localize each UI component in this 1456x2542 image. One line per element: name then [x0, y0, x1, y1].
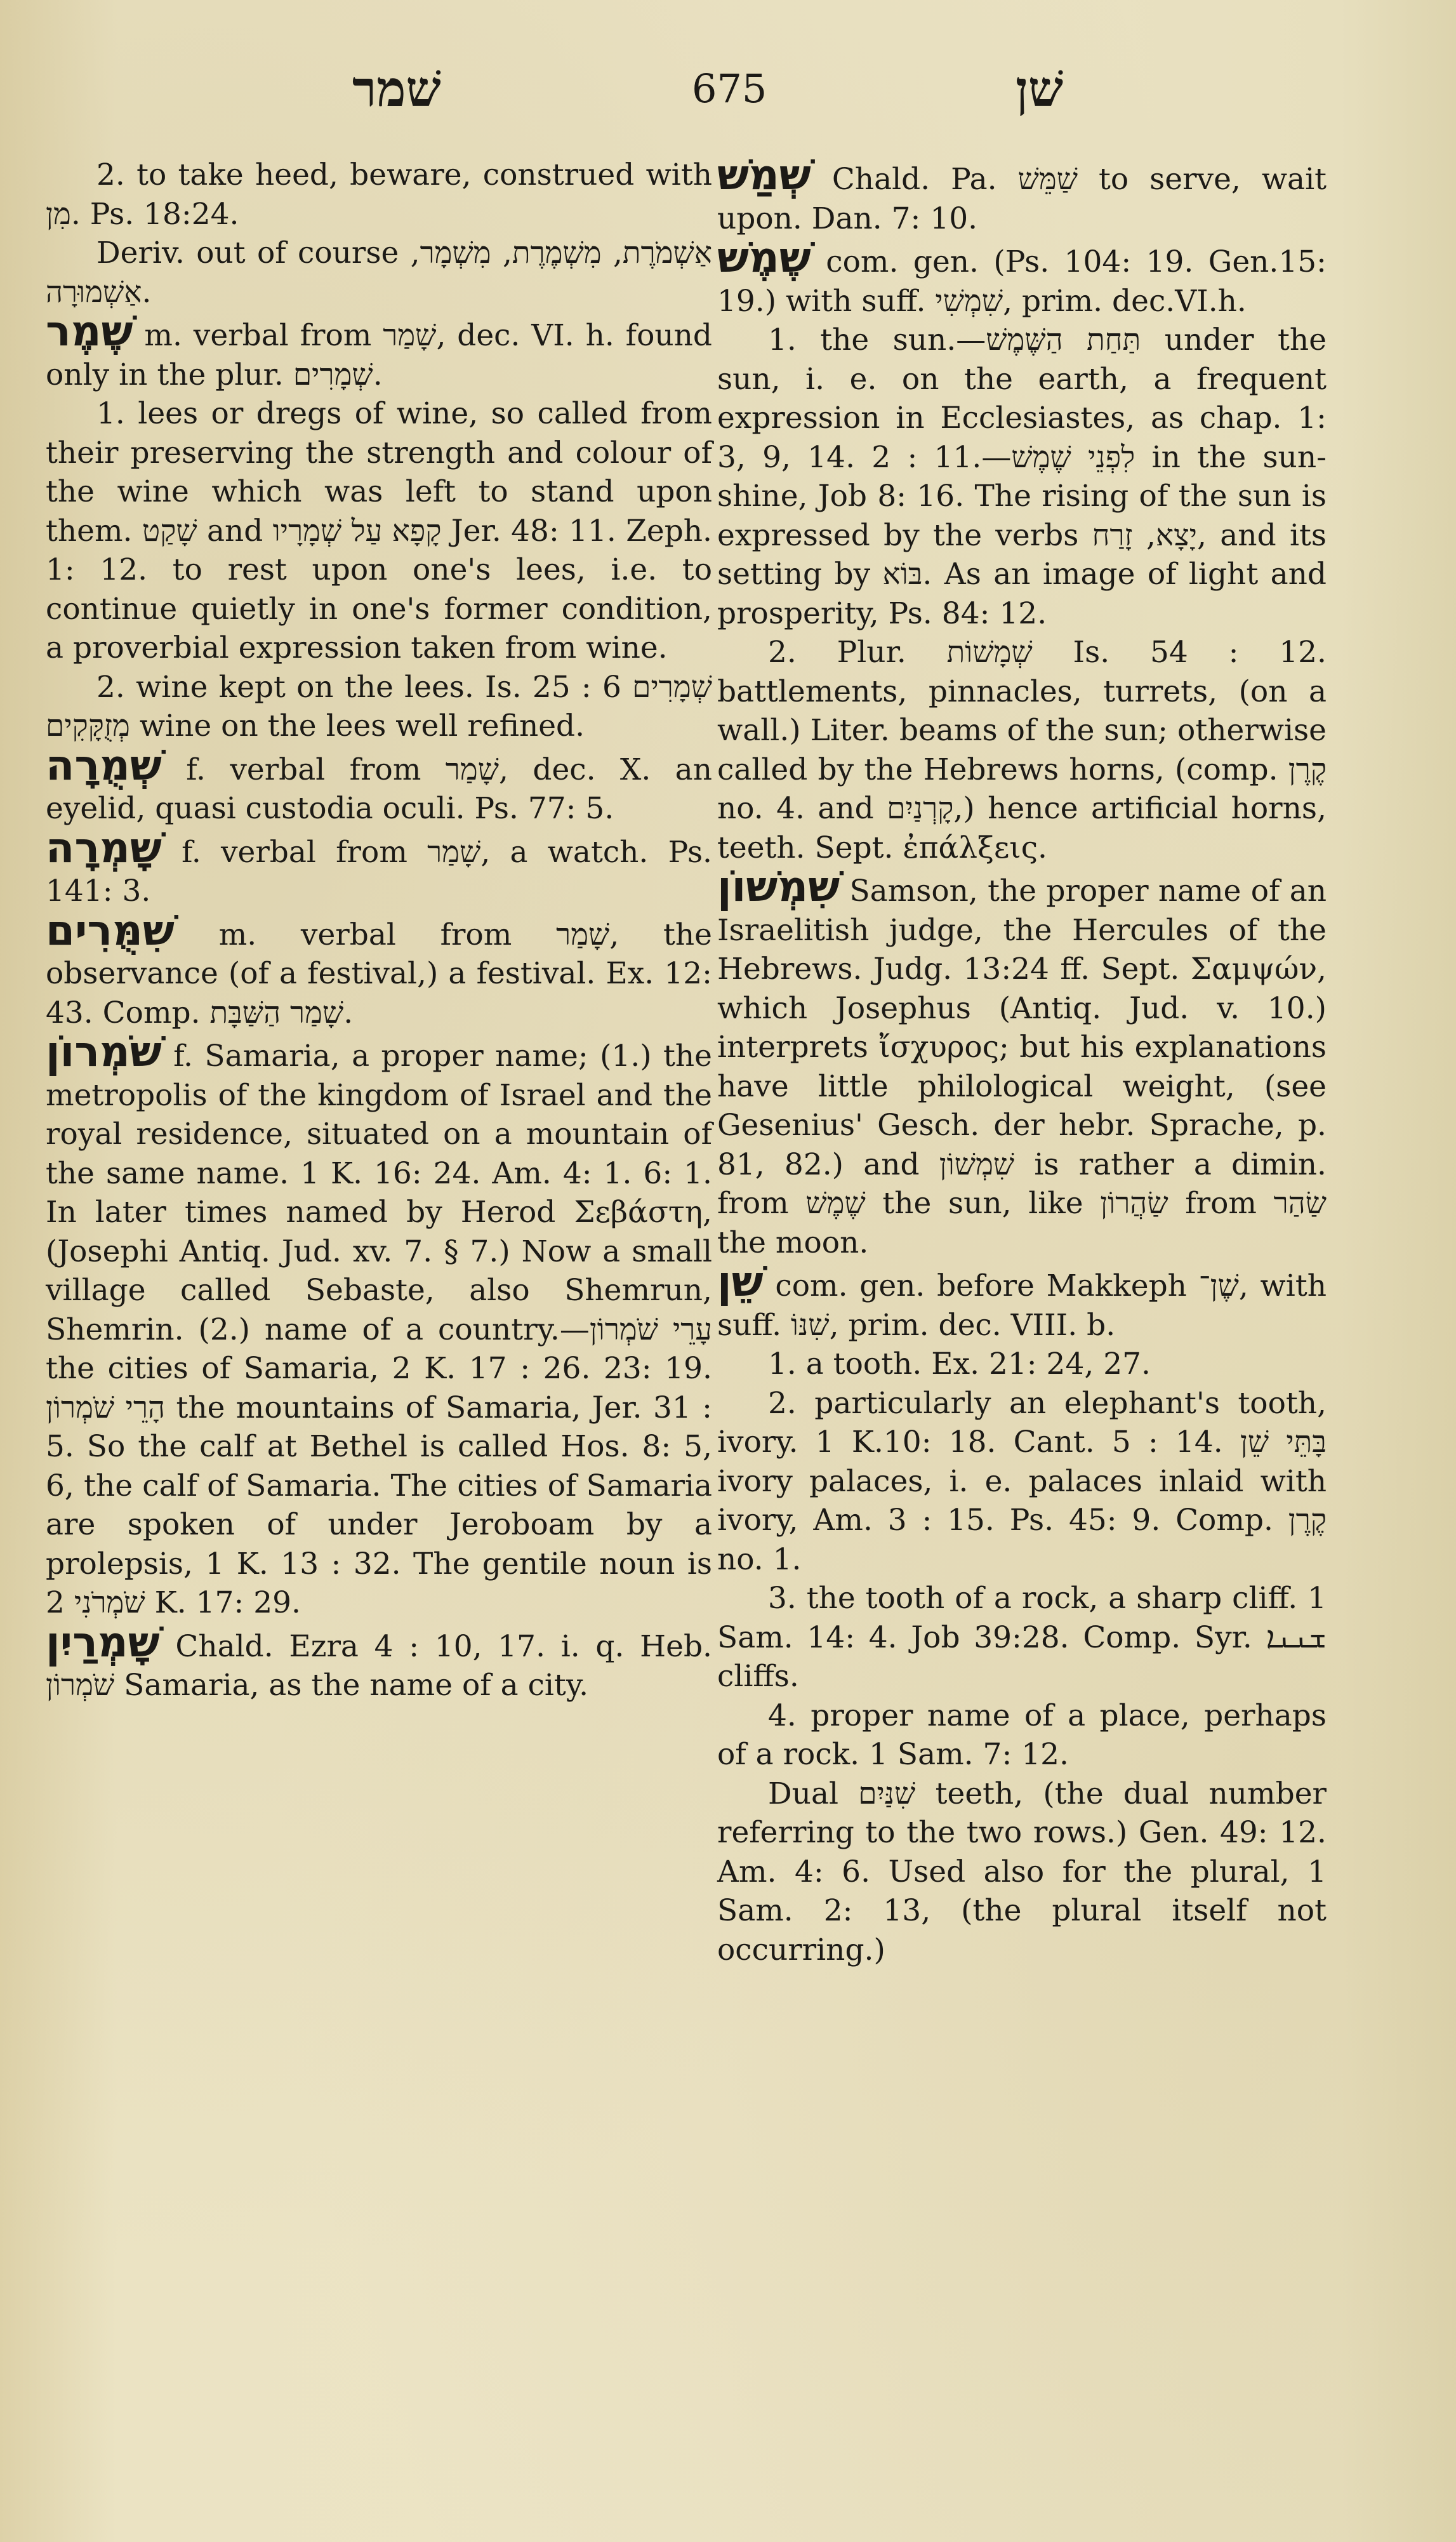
dictionary-entry: שָׁמְרַיִן Chald. Ezra 4 : 10, 17. i. q.… [46, 1623, 712, 1705]
entry-headword: שֵׁן [717, 1257, 764, 1306]
entry-sense: 2. wine kept on the lees. Is. 25 : 6 שְׁ… [46, 668, 712, 746]
derivatives-paragraph: Deriv. out of course אַשְׁמֹרֶת, מִשְׁמֶ… [46, 234, 712, 312]
entry-headword: שֶׁמֶשׁ [717, 233, 811, 282]
dictionary-entry: שֶׁמֶר m. verbal from שָׁמַר, dec. VI. h… [46, 312, 712, 394]
dictionary-entry: שְׁמֻרָה f. verbal from שָׁמַר, dec. X. … [46, 746, 712, 828]
entry-headword: שֶׁמֶר [46, 307, 133, 356]
dictionary-entry: שֹׁמְרוֹן f. Samaria, a proper name; (1.… [46, 1032, 712, 1623]
entry-headword: שִׁמֻּרִים [46, 906, 175, 955]
entry-headword: שָׁמְרָה [46, 823, 162, 872]
entry-sense: 1. lees or dregs of wine, so called from… [46, 394, 712, 668]
left-column: 2. to take heed, beware, construed with … [46, 156, 712, 1705]
entry-sense: 4. proper name of a place, perhaps of a … [717, 1696, 1327, 1774]
running-head-left: שׁמר [352, 60, 441, 118]
dictionary-entry: שֶׁמֶשׁ com. gen. (Ps. 104: 19. Gen.15: … [717, 238, 1327, 321]
entry-definition: m. verbal from שָׁמַר, dec. VI. h. found… [46, 318, 712, 392]
entry-sense: 3. the tooth of a rock, a sharp cliff. 1… [717, 1579, 1327, 1696]
dictionary-entry: שְׁמַשׁ Chald. Pa. שַׁמֵּשׁ to serve, wa… [717, 156, 1327, 238]
dictionary-entry: שִׁמְשׁוֹן Samson, the proper name of an… [717, 867, 1327, 1262]
dictionary-entry: שִׁמֻּרִים m. verbal from שָׁמַר, the ob… [46, 911, 712, 1033]
entry-definition: f. Samaria, a proper name; (1.) the metr… [46, 1039, 712, 1620]
right-column: שְׁמַשׁ Chald. Pa. שַׁמֵּשׁ to serve, wa… [717, 156, 1327, 1969]
running-head-right: שׁן [1016, 60, 1063, 118]
entry-headword: שָׁמְרַיִן [46, 1618, 160, 1667]
page-number: 675 [692, 65, 767, 112]
entry-definition: com. gen. before Makkeph שֶׁן־, with suf… [717, 1268, 1327, 1343]
entry-sense: Dual שִׁנַּיִם teeth, (the dual number r… [717, 1774, 1327, 1970]
running-header: שׁמר 675 שׁן [0, 60, 1456, 117]
dictionary-entry: שֵׁן com. gen. before Makkeph שֶׁן־, wit… [717, 1262, 1327, 1345]
entry-definition: Samson, the proper name of an Israelitis… [717, 874, 1327, 1260]
entry-headword: שֹׁמְרוֹן [46, 1027, 162, 1076]
dictionary-entry: שָׁמְרָה f. verbal from שָׁמַר, a watch.… [46, 828, 712, 911]
entry-sense: 1. the sun.—תַּחַת הַשֶּׁמֶשׁ under the … [717, 321, 1327, 633]
entry-headword: שְׁמֻרָה [46, 741, 162, 790]
entry-sense: 2. particularly an elephant's tooth, ivo… [717, 1384, 1327, 1580]
sense-paragraph: 2. to take heed, beware, construed with … [46, 156, 712, 234]
entry-sense: 2. Plur. שְׁמָשׁוֹת Is. 54 : 12. battlem… [717, 633, 1327, 867]
entry-headword: שְׁמַשׁ [717, 150, 811, 199]
entry-headword: שִׁמְשׁוֹן [717, 862, 840, 911]
entry-sense: 1. a tooth. Ex. 21: 24, 27. [717, 1345, 1327, 1384]
